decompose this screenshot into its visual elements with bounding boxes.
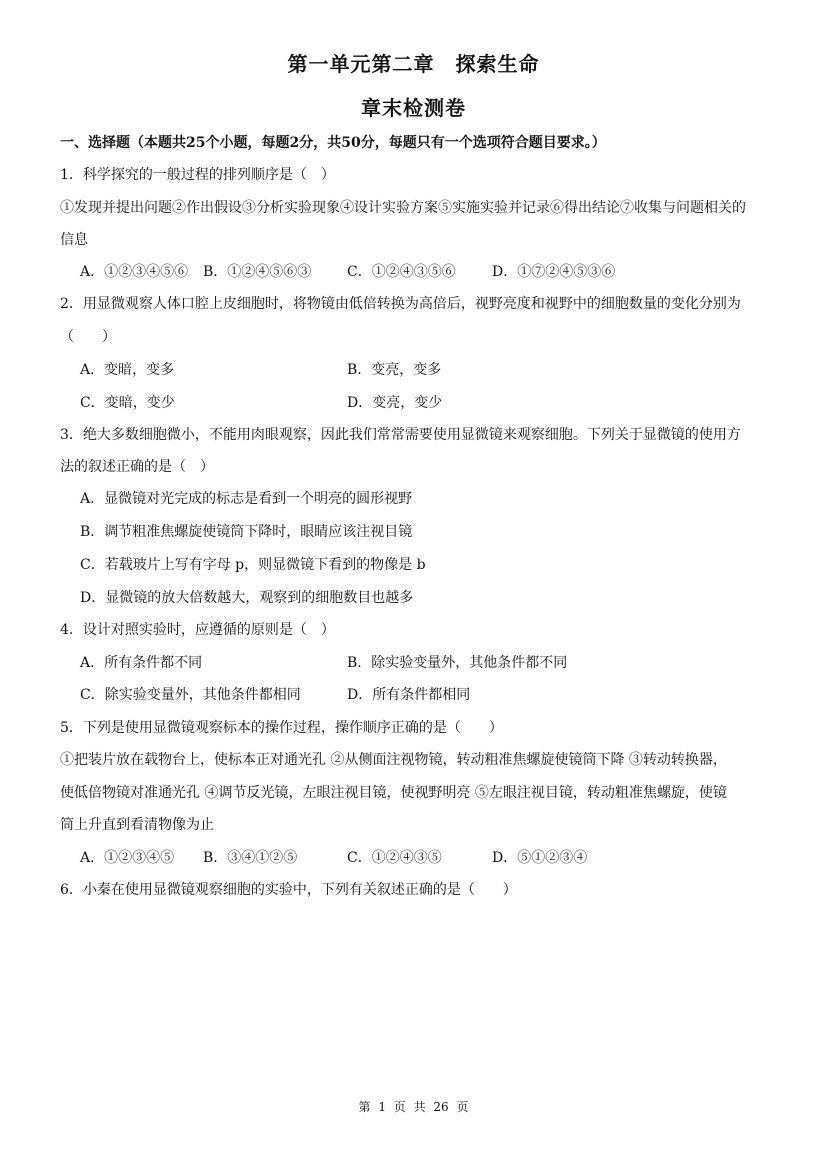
question-4-option-b: B．除实验变量外，其他条件都不同 xyxy=(347,653,567,673)
question-5-steps-line: ①把装片放在载物台上，使标本正对通光孔 ②从侧面注视物镜，转动粗准焦螺旋使镜筒下… xyxy=(60,750,727,770)
question-4-option-a: A．所有条件都不同 xyxy=(80,653,202,673)
document-subtitle: 章末检测卷 xyxy=(0,92,827,121)
question-2-option-d: D．变亮，变少 xyxy=(347,393,442,413)
question-4-option-c: C．除实验变量外，其他条件都相同 xyxy=(80,685,301,705)
question-4-stem: 4．设计对照实验时，应遵循的原则是（ ） xyxy=(60,620,335,640)
question-2-option-b: B．变亮，变多 xyxy=(347,360,441,380)
question-3-option-c: C．若载玻片上写有字母 p，则显微镜下看到的物像是 b xyxy=(80,555,426,575)
question-3-stem: 3．绝大多数细胞微小，不能用肉眼观察，因此我们常常需要使用显微镜来观察细胞。下列… xyxy=(60,425,741,445)
question-5-stem: 5．下列是使用显微镜观察标本的操作过程，操作顺序正确的是（ ） xyxy=(60,718,503,738)
question-4-option-d: D．所有条件都相同 xyxy=(347,685,470,705)
question-1-stem: 1．科学探究的一般过程的排列顺序是（ ） xyxy=(60,165,335,185)
question-1-option-c: C．①②④③⑤⑥ xyxy=(347,262,456,282)
question-1-option-d: D．①⑦②④⑤③⑥ xyxy=(492,262,615,282)
question-3-option-a: A．显微镜对光完成的标志是看到一个明亮的圆形视野 xyxy=(80,489,412,509)
question-5-option-b: B．③④①②⑤ xyxy=(203,848,297,868)
question-2-option-a: A．变暗，变多 xyxy=(80,360,174,380)
document-title: 第一单元第二章 探索生命 xyxy=(0,48,827,77)
question-3-option-b: B．调节粗准焦螺旋使镜筒下降时，眼睛应该注视目镜 xyxy=(80,522,412,542)
question-1-option-b: B．①②④⑤⑥③ xyxy=(203,262,311,282)
question-5-option-d: D．⑤①②③④ xyxy=(492,848,587,868)
question-1-info-line: ①发现并提出问题②作出假设③分析实验现象④设计实验方案⑤实施实验并记录⑥得出结论… xyxy=(60,198,746,218)
question-2-stem: （ ） xyxy=(60,327,116,347)
question-5-option-c: C．①②④③⑤ xyxy=(347,848,442,868)
question-1-option-a: A．①②③④⑤⑥ xyxy=(80,262,188,282)
document-page: 第一单元第二章 探索生命 章末检测卷 一、选择题（本题共25个小题，每题2分，共… xyxy=(0,0,827,1169)
page-number-footer: 第 1 页 共 26 页 xyxy=(0,1098,827,1115)
question-2-stem: 2．用显微观察人体口腔上皮细胞时，将物镜由低倍转换为高倍后，视野亮度和视野中的细… xyxy=(60,294,741,314)
section-heading: 一、选择题（本题共25个小题，每题2分，共50分，每题只有一个选项符合题目要求。… xyxy=(60,133,606,153)
question-2-option-c: C．变暗，变少 xyxy=(80,393,175,413)
question-3-option-d: D．显微镜的放大倍数越大，观察到的细胞数目也越多 xyxy=(80,588,413,608)
question-6-stem: 6．小秦在使用显微镜观察细胞的实验中，下列有关叙述正确的是（ ） xyxy=(60,880,517,900)
question-5-steps-line: 使低倍物镜对准通光孔 ④调节反光镜，左眼注视目镜，使视野明亮 ⑤左眼注视目镜，转… xyxy=(60,783,727,803)
question-5-steps-line: 筒上升直到看清物像为止 xyxy=(60,815,214,835)
question-1-info-line: 信息 xyxy=(60,230,88,250)
question-3-stem: 法的叙述正确的是（ ） xyxy=(60,457,214,477)
question-5-option-a: A．①②③④⑤ xyxy=(80,848,174,868)
